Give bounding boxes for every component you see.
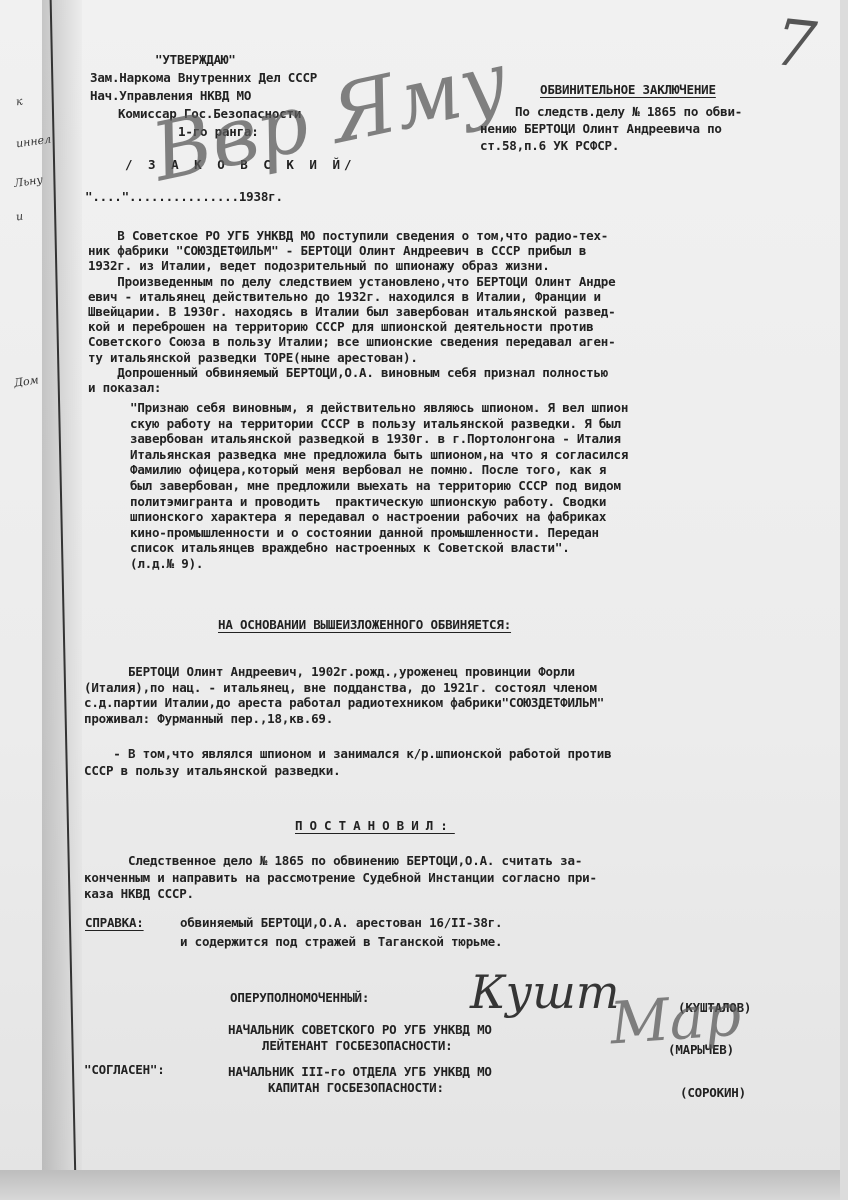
accusation-heading: НА ОСНОВАНИИ ВЫШЕИЗЛОЖЕННОГО ОБВИНЯЕТСЯ: [218, 617, 511, 633]
text-line: шпионского характера я передавал о настр… [130, 509, 606, 525]
text-line: евич - итальянец действительно до 1932г.… [88, 289, 601, 305]
text-line: В Советское РО УГБ УНКВД МО поступили св… [88, 228, 608, 244]
text-line: ту итальянской разведки ТОРЕ(ныне аресто… [88, 350, 418, 366]
text-line: завербован итальянской разведкой в 1930г… [130, 431, 621, 447]
signature-role: ОПЕРУПОЛНОМОЧЕННЫЙ: [230, 990, 369, 1006]
reference-line: и содержится под стражей в Таганской тюр… [180, 934, 502, 950]
text-line: Швейцарии. В 1930г. находясь в Италии бы… [88, 304, 615, 320]
agreement-label: "СОГЛАСЕН": [84, 1062, 165, 1078]
text-line: (л.д.№ 9). [130, 556, 203, 572]
margin-handwriting: Дом [13, 373, 39, 389]
case-line: По следств.делу № 1865 по обви- [515, 104, 742, 120]
signature-role-rank: КАПИТАН ГОСБЕЗОПАСНОСТИ: [268, 1080, 444, 1096]
text-line: Произведенным по делу следствием установ… [88, 274, 615, 290]
text-line: ник фабрики "СОЮЗДЕТФИЛЬМ" - БЕРТОЦИ Оли… [88, 243, 586, 259]
text-line: был завербован, мне предложили выехать н… [130, 478, 621, 494]
document-page: к иннел Льну и Дом 7 "УТВЕРЖДАЮ" Зам.Нар… [0, 0, 840, 1190]
text-line: БЕРТОЦИ Олинт Андреевич, 1902г.рожд.,уро… [84, 664, 575, 680]
text-line: Советского Союза в пользу Италии; все шп… [88, 334, 615, 350]
signature-role: НАЧАЛЬНИК III-го ОТДЕЛА УГБ УНКВД МО [228, 1064, 492, 1080]
document-title: ОБВИНИТЕЛЬНОЕ ЗАКЛЮЧЕНИЕ [540, 82, 716, 98]
text-line: - В том,что являлся шпионом и занимался … [84, 746, 611, 762]
signature-role-rank: ЛЕЙТЕНАНТ ГОСБЕЗОПАСНОСТИ: [262, 1038, 452, 1054]
text-line: "Признаю себя виновным, я действительно … [130, 400, 628, 416]
text-line: Итальянская разведка мне предложила быть… [130, 447, 628, 463]
case-line: ст.58,п.6 УК РСФСР. [480, 138, 619, 154]
text-line: политэмигранта и проводить практическую … [130, 494, 606, 510]
text-line: Допрошенный обвиняемый БЕРТОЦИ,О.А. вино… [88, 365, 608, 381]
text-line: каза НКВД СССР. [84, 886, 194, 902]
text-line: список итальянцев враждебно настроенных … [130, 540, 570, 556]
margin-handwriting: и [15, 210, 24, 224]
reference-line: обвиняемый БЕРТОЦИ,О.А. арестован 16/II-… [180, 915, 502, 931]
text-line: кино-промышленности и о состоянии данной… [130, 525, 599, 541]
handwritten-page-number: 7 [771, 6, 819, 84]
text-line: СССР в пользу итальянской разведки. [84, 763, 340, 779]
text-line: (Италия),по нац. - итальянец, вне поддан… [84, 680, 597, 696]
case-line: нению БЕРТОЦИ Олинт Андреевича по [480, 121, 722, 137]
text-line: Следственное дело № 1865 по обвинению БЕ… [84, 853, 582, 869]
text-line: кой и переброшен на территорию СССР для … [88, 319, 593, 335]
reference-label: СПРАВКА: [85, 915, 144, 931]
margin-handwriting: к [15, 95, 23, 109]
resolution-heading: ПОСТАНОВИЛ: [295, 818, 455, 834]
text-line: и показал: [88, 380, 161, 396]
margin-handwriting: Льну [13, 173, 43, 190]
approval-label: "УТВЕРЖДАЮ" [155, 52, 236, 68]
text-line: скую работу на территории СССР в пользу … [130, 416, 621, 432]
signature-name: (СОРОКИН) [680, 1085, 746, 1101]
text-line: 1932г. из Италии, ведет подозрительный п… [88, 258, 550, 274]
handwritten-signature: Мар [608, 981, 744, 1058]
text-line: проживал: Фурманный пер.,18,кв.69. [84, 711, 333, 727]
handwritten-signature: Кушт [470, 965, 619, 1019]
page-bottom-edge [0, 1170, 840, 1200]
text-line: с.д.партии Италии,до ареста работал ради… [84, 695, 604, 711]
text-line: конченным и направить на рассмотрение Су… [84, 870, 597, 886]
text-line: Фамилию офицера,который меня вербовал не… [130, 462, 606, 478]
signature-role: НАЧАЛЬНИК СОВЕТСКОГО РО УГБ УНКВД МО [228, 1022, 492, 1038]
